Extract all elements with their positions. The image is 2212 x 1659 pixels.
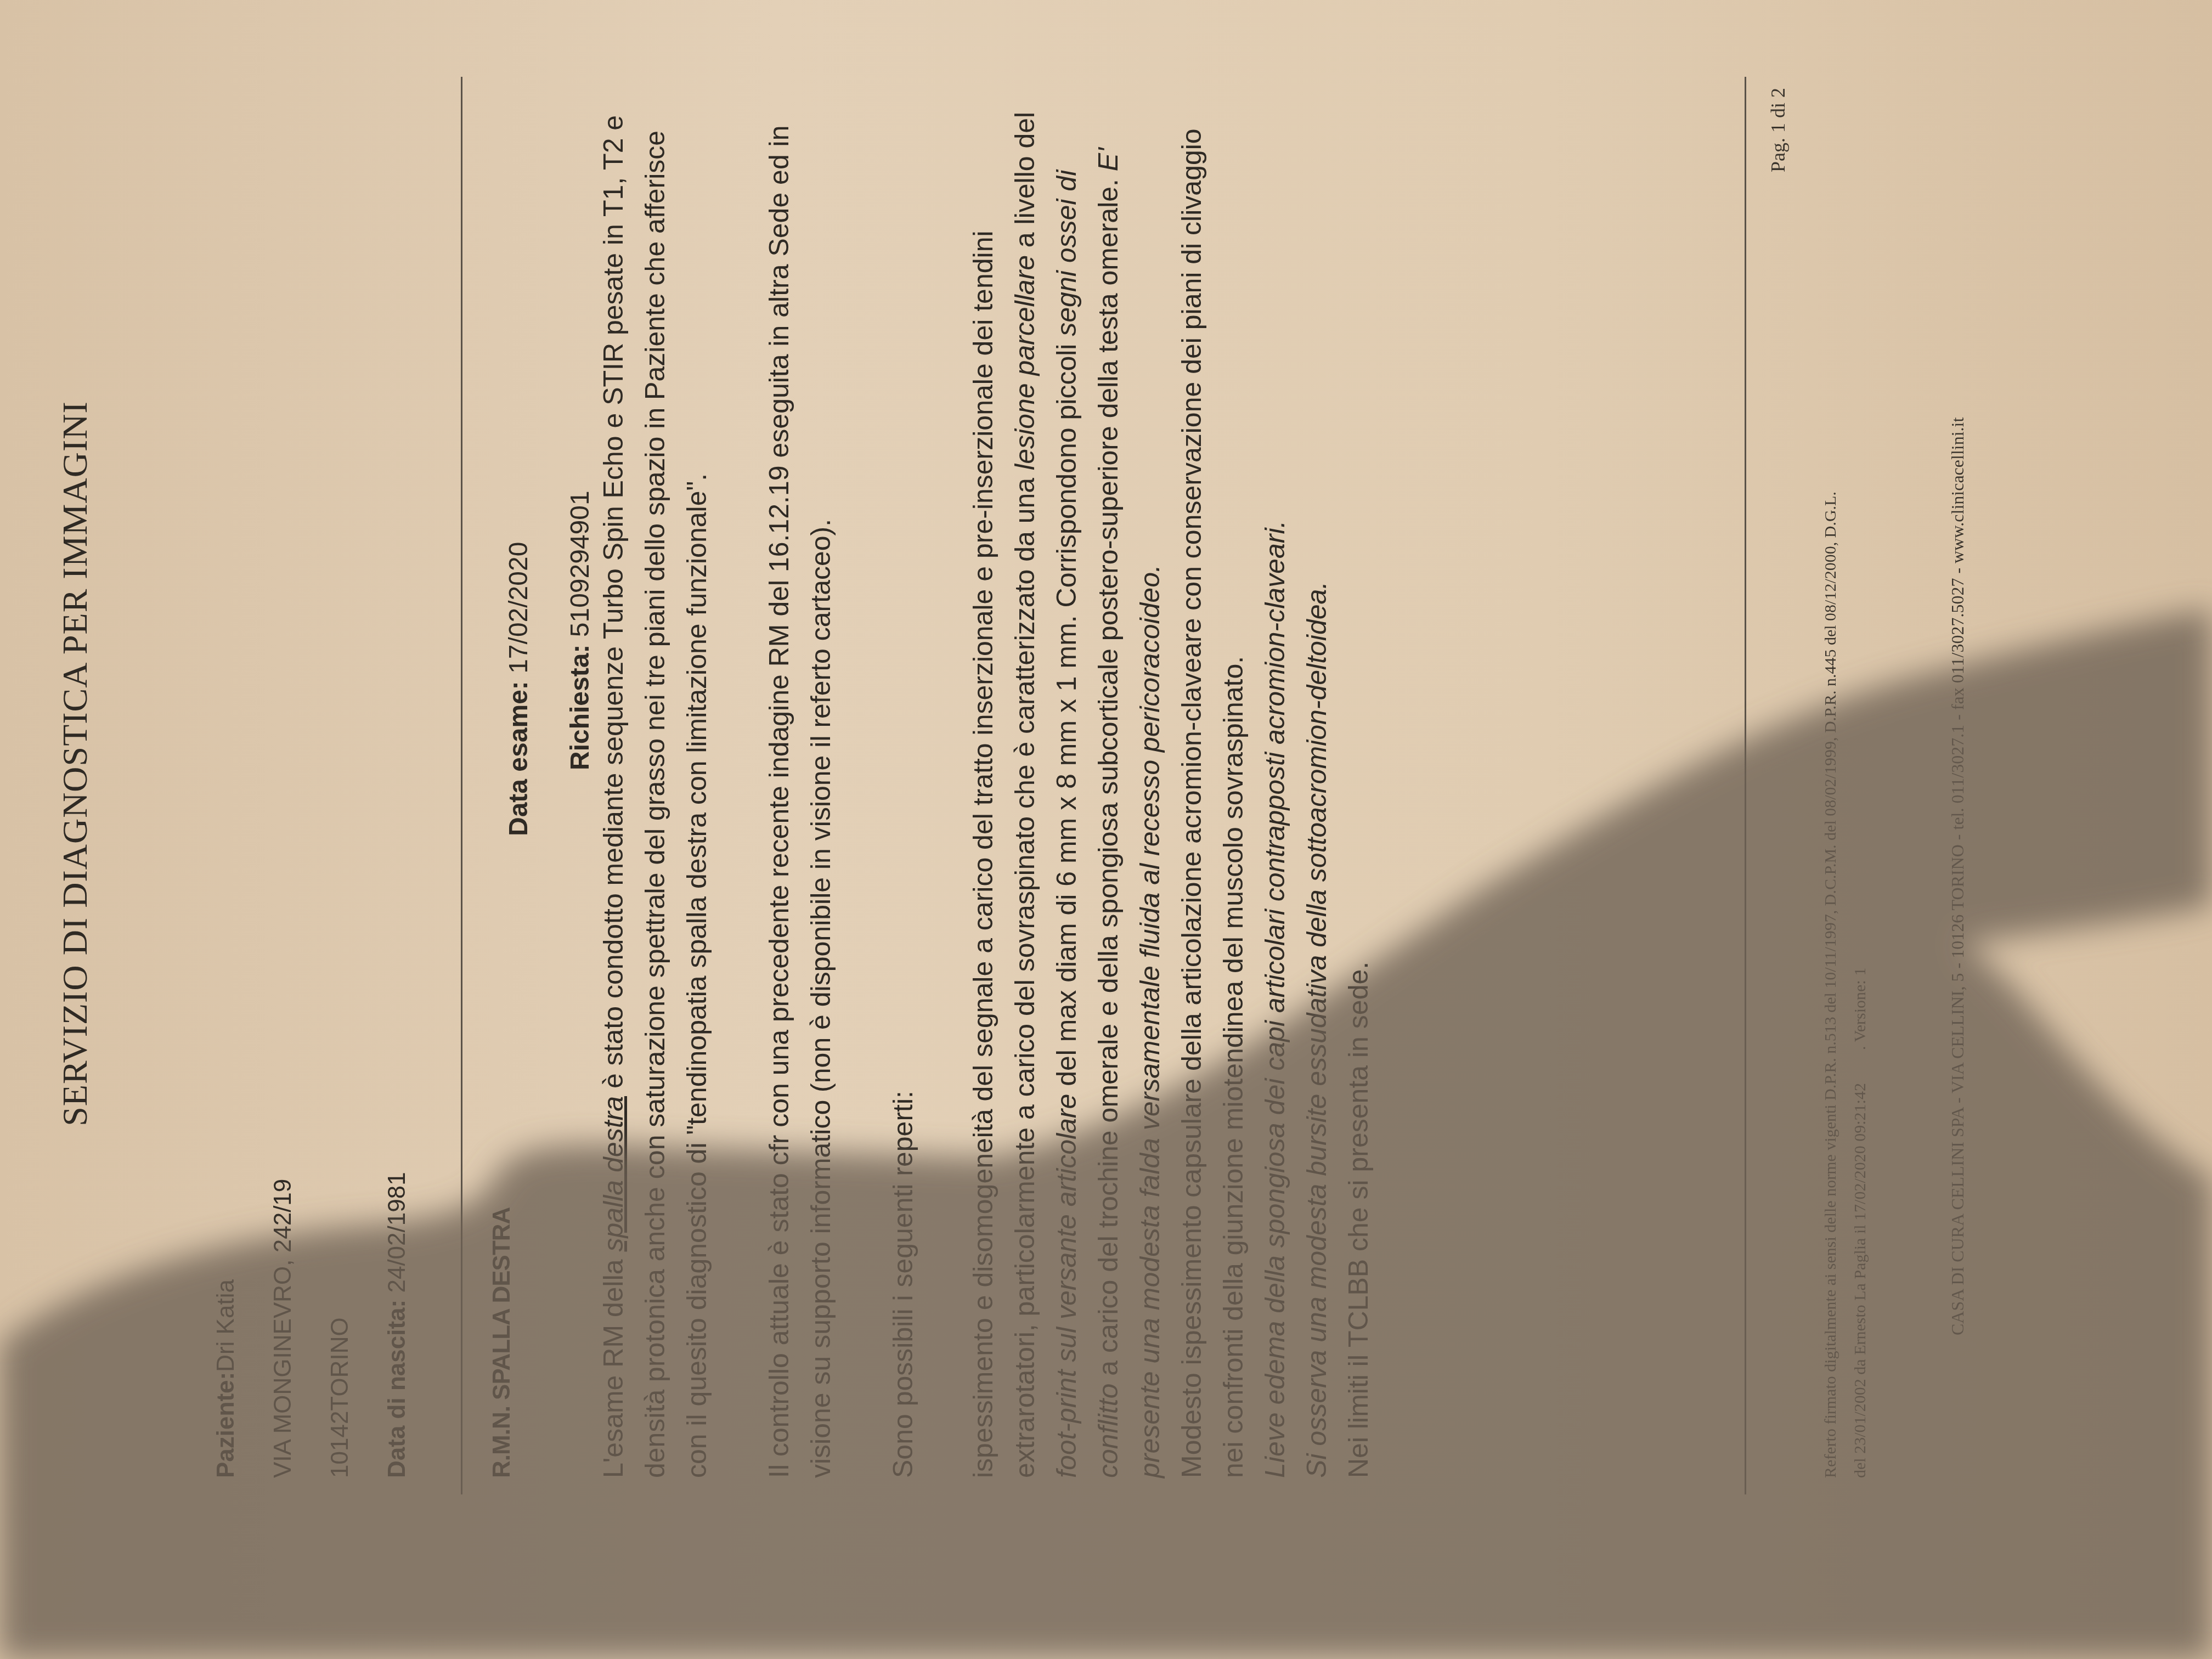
page-title: SERVIZIO DI DIAGNOSTICA PER IMMAGINI	[55, 33, 95, 1494]
emphasis: Lieve edema della spongiosa dei capi art…	[1260, 521, 1290, 1478]
patient-name-label: Paziente:	[212, 1372, 239, 1478]
finding-3: Lieve edema della spongiosa dei capi art…	[1254, 99, 1296, 1478]
exam-request: 5109294901	[566, 490, 595, 637]
exam-date: 17/02/2020	[504, 542, 533, 674]
text: a livello del	[1009, 112, 1040, 255]
text: L'esame RM della	[598, 1252, 629, 1479]
report-body: L'esame RM della spalla destra è stato c…	[592, 99, 1379, 1478]
finding-4: Si osserva una modesta bursite essudativ…	[1296, 99, 1338, 1478]
paragraph-findings-intro: Sono possibili i seguenti reperti:	[882, 99, 924, 1478]
emphasis-spalla-destra: spalla destra	[598, 1096, 629, 1252]
exam-request-label: Richiesta:	[566, 645, 595, 770]
emphasis: Si osserva una modesta bursite essudativ…	[1301, 582, 1332, 1478]
digital-signature: Referto firmato digitalmente ai sensi de…	[1816, 492, 1875, 1478]
finding-1: ispessimento e disomogeneità del segnale…	[962, 99, 1171, 1478]
text: a carico del trochine omerale e della sp…	[1093, 171, 1124, 1384]
patient-address-1: VIA MONGINEVRO, 242/19	[255, 1172, 312, 1478]
divider-bottom	[1745, 77, 1746, 1494]
emphasis: foot-print sul versante articolare	[1051, 1094, 1082, 1478]
patient-name-row: Paziente:Dri Katia	[198, 1172, 255, 1478]
patient-block: Paziente:Dri Katia VIA MONGINEVRO, 242/1…	[198, 1172, 426, 1478]
paragraph-technique: L'esame RM della spalla destra è stato c…	[592, 99, 718, 1478]
clinic-info: CASA DI CURA CELLINI SPA - VIA CELLINI, …	[1948, 417, 1968, 1335]
patient-dob-row: Data di nascita: 24/02/1981	[369, 1172, 426, 1478]
patient-dob: 24/02/1981	[383, 1172, 410, 1293]
patient-address-2: 10142TORINO	[312, 1172, 369, 1478]
paragraph-comparison: Il controllo attuale è stato cfr con una…	[758, 99, 842, 1478]
version: . Versione: 1	[1851, 968, 1869, 1050]
text: del max diam di 6 mm x 8 mm x 1 mm. Corr…	[1051, 336, 1082, 1094]
divider-top	[461, 77, 462, 1494]
report-page: SERVIZIO DI DIAGNOSTICA PER IMMAGINI Paz…	[0, 0, 2212, 1659]
page-number: Pag. 1 di 2	[1767, 88, 1790, 172]
signature-line-1: Referto firmato digitalmente ai sensi de…	[1816, 492, 1846, 1478]
signature-text: del 23/01/2002 da Ernesto La Paglia il 1…	[1851, 1083, 1869, 1478]
finding-2: Modesto ispessimento capsulare della art…	[1171, 99, 1254, 1478]
signature-line-2: del 23/01/2002 da Ernesto La Paglia il 1…	[1846, 492, 1875, 1478]
finding-5: Nei limiti il TCLBB che si presenta in s…	[1338, 99, 1379, 1478]
paragraph-findings: ispessimento e disomogeneità del segnale…	[962, 99, 1379, 1478]
patient-name: Dri Katia	[212, 1279, 239, 1372]
emphasis: lesione parcellare	[1009, 255, 1040, 470]
exam-title: R.M.N. SPALLA DESTRA	[488, 1207, 516, 1478]
exam-date-label: Data esame:	[504, 681, 533, 836]
patient-dob-label: Data di nascita:	[383, 1300, 410, 1478]
exam-date-row: Data esame: 17/02/2020	[488, 490, 550, 836]
